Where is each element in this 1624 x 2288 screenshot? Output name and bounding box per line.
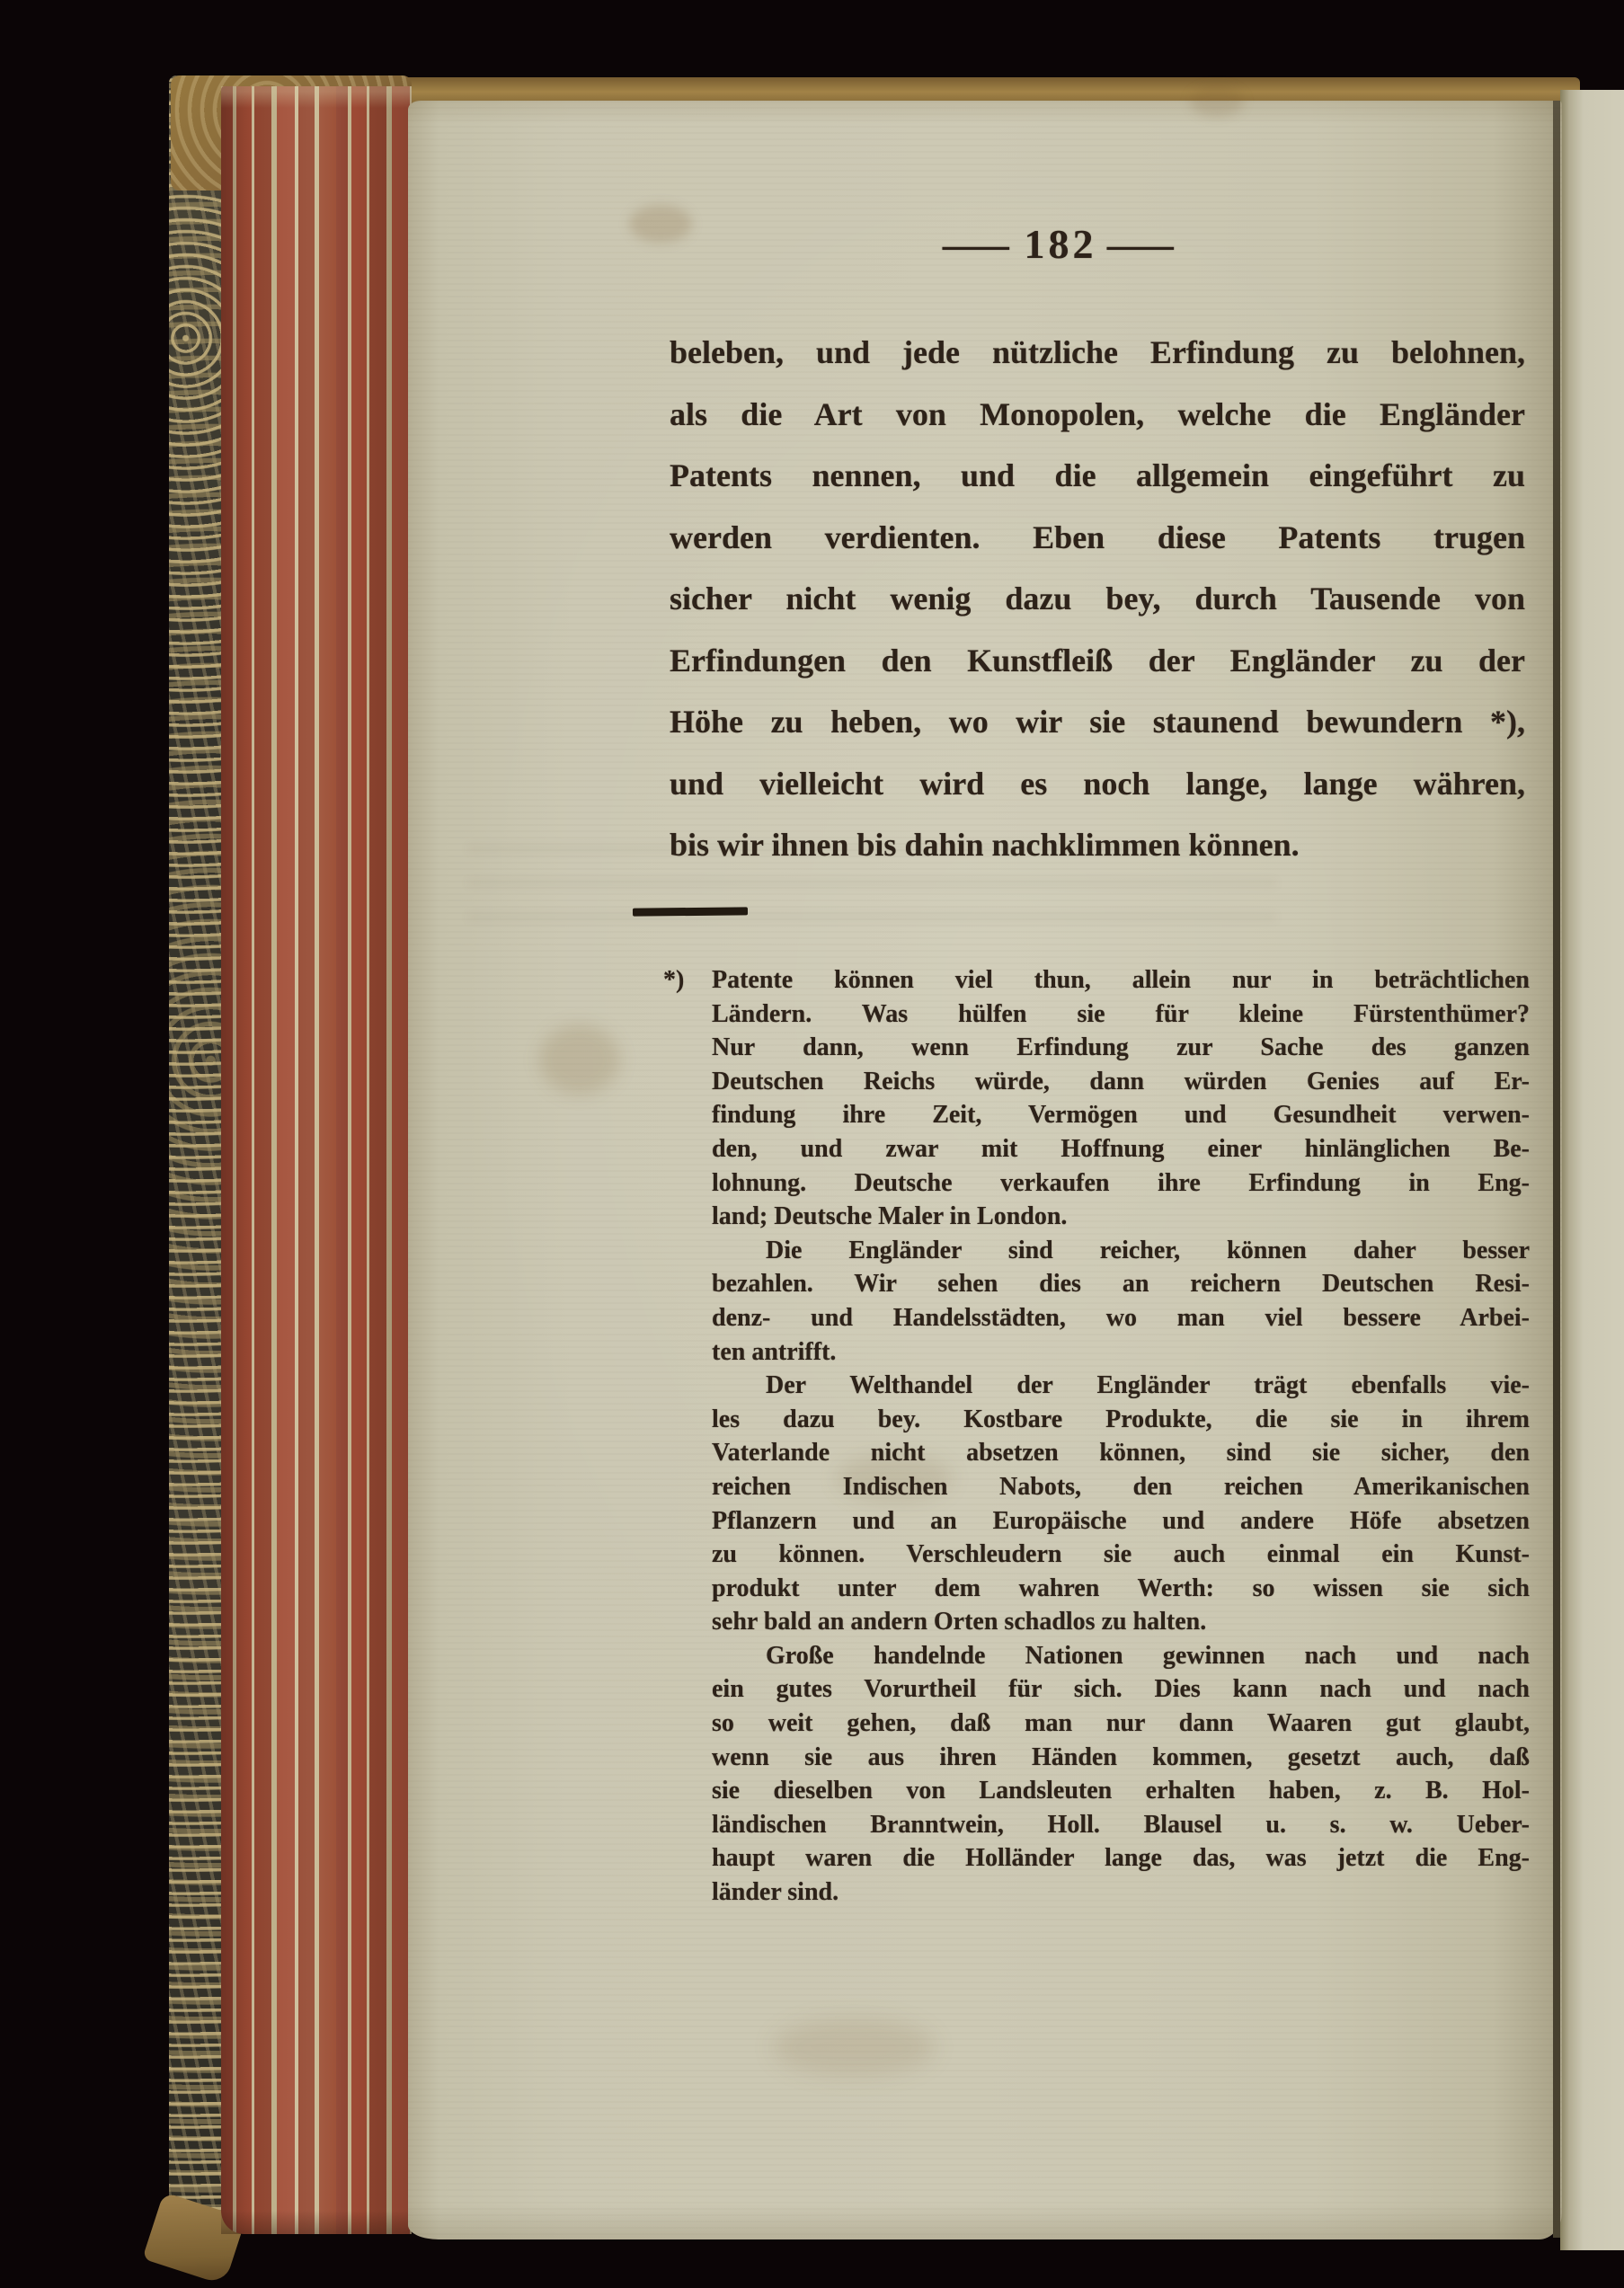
footnote-line: land; Deutsche Maler in London. xyxy=(712,1200,1530,1234)
body-line: Patents nennen, und die allgemein eingef… xyxy=(670,445,1525,507)
gutter-crease xyxy=(1553,101,1560,2238)
footnote-line: Die Engländer sind reicher, können daher… xyxy=(712,1234,1530,1268)
footnote-paragraph: Die Engländer sind reicher, können daher… xyxy=(712,1234,1530,1369)
footnote-line: ländischen Branntwein, Holl. Blausel u. … xyxy=(712,1808,1530,1842)
body-line: beleben, und jede nützliche Erfindung zu… xyxy=(670,322,1525,384)
footnote-marker: *) xyxy=(663,963,684,998)
body-line: sicher nicht wenig dazu bey, durch Tause… xyxy=(670,568,1525,630)
body-line: Höhe zu heben, wo wir sie staunend bewun… xyxy=(670,691,1525,753)
body-line: werden verdienten. Eben diese Patents tr… xyxy=(670,507,1525,569)
footnote-line: bezahlen. Wir sehen dies an reichern Deu… xyxy=(712,1267,1530,1301)
footnote-line: les dazu bey. Kostbare Produkte, die sie… xyxy=(712,1403,1530,1437)
footnote-separator-rule xyxy=(633,907,748,916)
footnote-line: denz- und Handelsstädten, wo man viel be… xyxy=(712,1301,1530,1335)
footnote-line: Nur dann, wenn Erfindung zur Sache des g… xyxy=(712,1031,1530,1065)
footnote-paragraph: Der Welthandel der Engländer trägt ebenf… xyxy=(712,1369,1530,1639)
footnote-line: den, und zwar mit Hoffnung einer hinläng… xyxy=(712,1132,1530,1166)
footnote-line: Ländern. Was hülfen sie für kleine Fürst… xyxy=(712,998,1530,1032)
next-page-edge xyxy=(1560,90,1624,2250)
body-line: und vielleicht wird es noch lange, lange… xyxy=(670,753,1525,815)
footnote-line-text: Patente können viel thun, allein nur in … xyxy=(712,966,1530,994)
footnote-line: reichen Indischen Nabots, den reichen Am… xyxy=(712,1470,1530,1504)
footnote-line: lohnung. Deutsche verkaufen ihre Erfindu… xyxy=(712,1166,1530,1201)
body-line: Erfindungen den Kunstfleiß der Engländer… xyxy=(670,630,1525,692)
footnote: *)Patente können viel thun, allein nur i… xyxy=(712,963,1530,1910)
footnote-line: Große handelnde Nationen gewinnen nach u… xyxy=(712,1639,1530,1673)
body-text: beleben, und jede nützliche Erfindung zu… xyxy=(670,322,1525,876)
book-scan-page: — 182 — beleben, und jede nützliche Erfi… xyxy=(0,0,1624,2288)
footnote-line: zu können. Verschleudern sie auch einmal… xyxy=(712,1538,1530,1572)
footnote-line: findung ihre Zeit, Vermögen und Gesundhe… xyxy=(712,1098,1530,1132)
footnote-line: Pflanzern und an Europäische und andere … xyxy=(712,1504,1530,1539)
footnote-paragraph: Große handelnde Nationen gewinnen nach u… xyxy=(712,1639,1530,1910)
footnote-line: ten antrifft. xyxy=(712,1335,1530,1370)
marbled-cover-edge xyxy=(169,75,225,2265)
footnote-line: so weit gehen, daß man nur dann Waaren g… xyxy=(712,1707,1530,1741)
footnote-line: Der Welthandel der Engländer trägt ebenf… xyxy=(712,1369,1530,1403)
footnote-line: haupt waren die Holländer lange das, was… xyxy=(712,1841,1530,1876)
page-number-left-dash: — xyxy=(943,220,1015,268)
body-line: als die Art von Monopolen, welche die En… xyxy=(670,384,1525,446)
red-sprinkled-fore-edge xyxy=(221,86,412,2234)
footnote-line: produkt unter dem wahren Werth: so wisse… xyxy=(712,1572,1530,1606)
footnote-line: wenn sie aus ihren Händen kommen, gesetz… xyxy=(712,1741,1530,1775)
footnote-line: Deutschen Reichs würde, dann würden Geni… xyxy=(712,1065,1530,1099)
footnote-line: Vaterlande nicht absetzen können, sind s… xyxy=(712,1436,1530,1470)
page-number-value: 182 xyxy=(1025,220,1097,268)
page-number-right-dash: — xyxy=(1107,220,1179,268)
footnote-paragraph: *)Patente können viel thun, allein nur i… xyxy=(712,963,1530,1234)
footnote-line: länder sind. xyxy=(712,1876,1530,1910)
footnote-line: ein gutes Vorurtheil für sich. Dies kann… xyxy=(712,1672,1530,1707)
footnote-line: *)Patente können viel thun, allein nur i… xyxy=(712,963,1530,998)
body-line: bis wir ihnen bis dahin nachklimmen könn… xyxy=(670,814,1525,876)
footnote-line: sehr bald an andern Orten schadlos zu ha… xyxy=(712,1605,1530,1639)
footnote-line: sie dieselben von Landsleuten erhalten h… xyxy=(712,1774,1530,1808)
page-number: — 182 — xyxy=(629,214,1492,273)
